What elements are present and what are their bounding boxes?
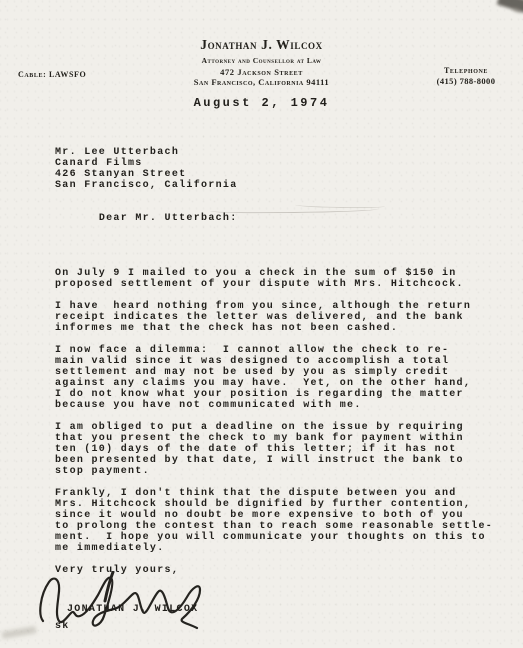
- letterhead-tagline: Attorney and Counsellor at Law: [0, 56, 523, 65]
- paragraph-5: Frankly, I don't think that the dispute …: [55, 488, 495, 554]
- recipient-address: Mr. Lee Utterbach Canard Films 426 Stany…: [55, 147, 495, 191]
- letterhead-name: Jonathan J. Wilcox: [0, 37, 523, 53]
- paragraph-1: On July 9 I mailed to you a check in the…: [55, 268, 495, 290]
- salutation: Dear Mr. Utterbach:: [99, 213, 238, 224]
- paragraph-3: I now face a dilemma: I cannot allow the…: [55, 345, 495, 411]
- typist-initials: sk: [55, 621, 70, 632]
- signature-name: JONATHAN J. WILCOX: [67, 604, 198, 615]
- signature-block: JONATHAN J. WILCOX sk: [55, 578, 495, 640]
- salutation-row: Dear Mr. Utterbach:: [55, 202, 495, 257]
- telephone-block: Telephone (415) 788-8000: [423, 66, 509, 86]
- cable-address: Cable: LAWSFO: [18, 70, 86, 79]
- telephone-label: Telephone: [423, 66, 509, 75]
- letter-content: Mr. Lee Utterbach Canard Films 426 Stany…: [55, 147, 495, 640]
- date-line: August 2, 1974: [0, 96, 523, 110]
- telephone-number: (415) 788-8000: [423, 76, 509, 86]
- paragraph-2: I have heard nothing from you since, alt…: [55, 301, 495, 334]
- letter-page: Jonathan J. Wilcox Attorney and Counsell…: [0, 0, 523, 648]
- scan-smudge-bottom-left: [2, 626, 37, 639]
- paragraph-4: I am obliged to put a deadline on the is…: [55, 422, 495, 477]
